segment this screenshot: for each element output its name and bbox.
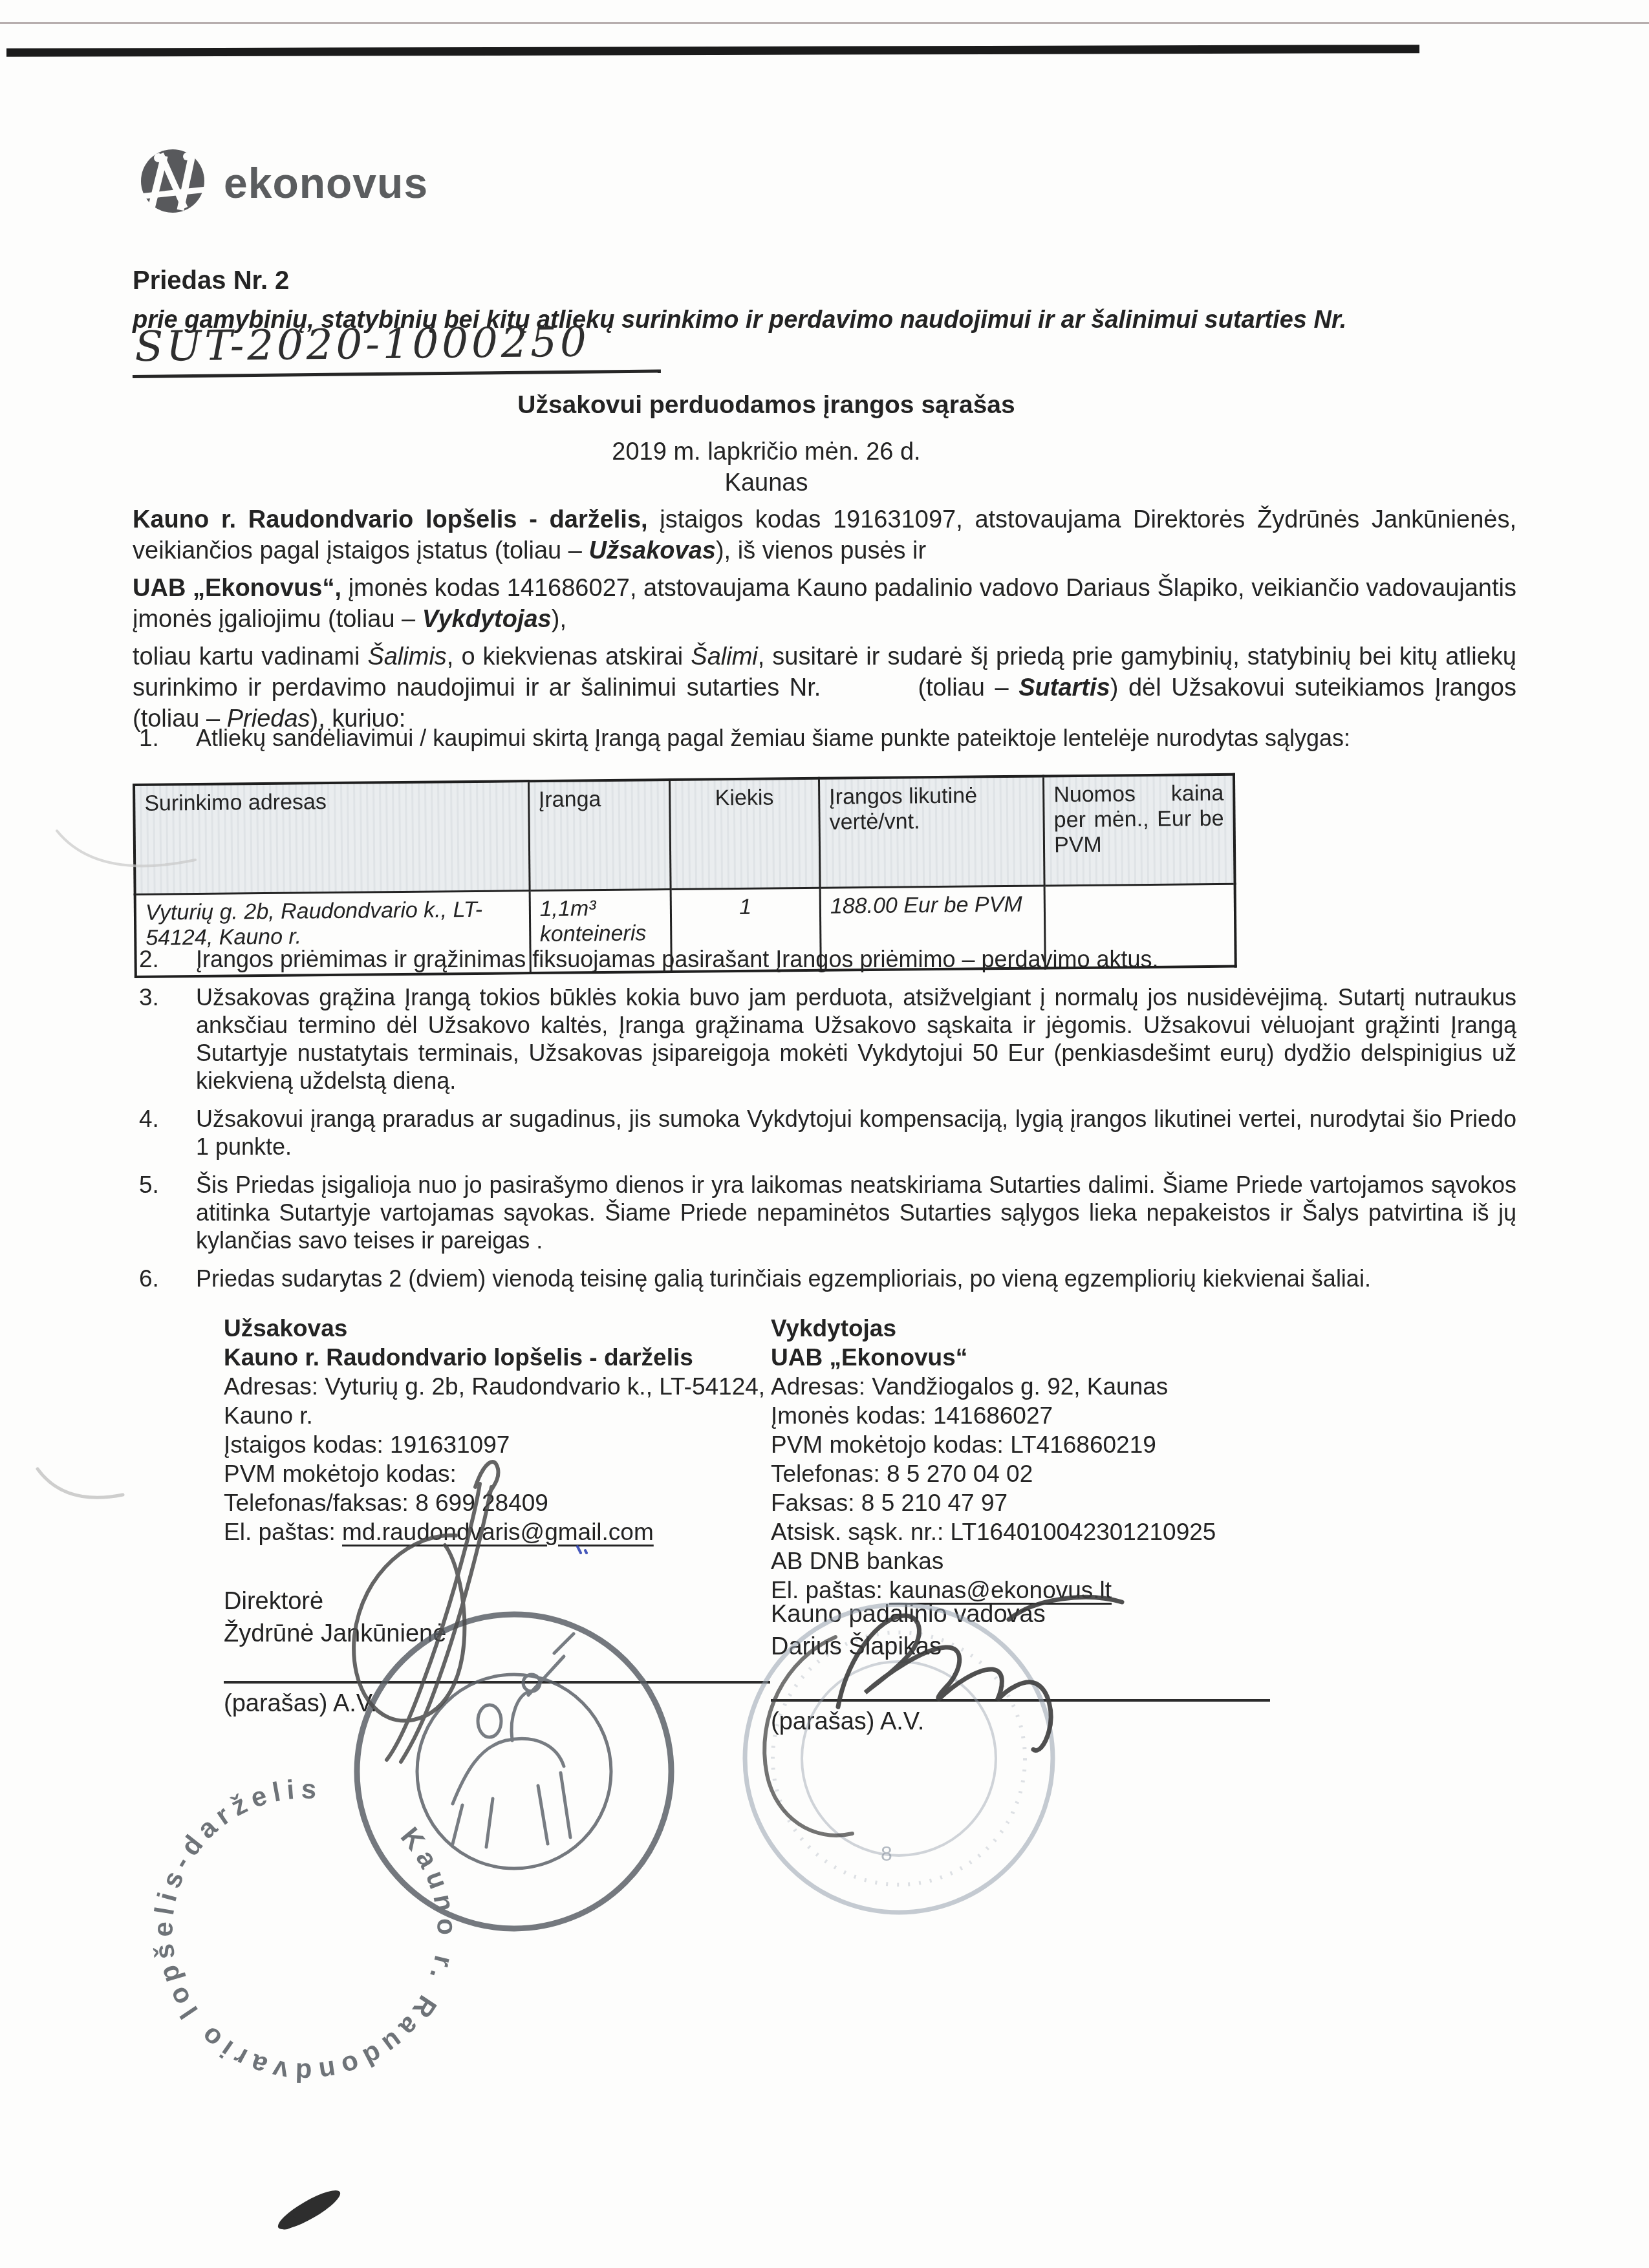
stamp-knight-emblem [453, 1634, 574, 1847]
signer-role: Direktorė [224, 1585, 446, 1618]
blue-pen-mark [577, 1546, 587, 1553]
col-header-nuomos-kaina: Nuomos kaina per mėn., Eur be PVM [1044, 775, 1235, 886]
clause-number: 4. [133, 1105, 196, 1161]
defined-term: Šalimi [691, 643, 757, 670]
signer-role: Kauno padalinio vadovas [771, 1598, 1046, 1631]
defined-term: Užsakovas [589, 537, 716, 564]
signer-name: Darius Šlapikas [771, 1631, 1046, 1663]
party-line: Adresas: Vandžiogalos g. 92, Kaunas [771, 1372, 1356, 1401]
party-line: AB DNB bankas [771, 1546, 1356, 1576]
paragraph-text: toliau kartu vadinami [133, 643, 367, 670]
scan-edge-line [0, 22, 1649, 24]
party-line: Telefonas/faksas: 8 699 28409 [224, 1488, 770, 1517]
col-header-iranga: Įranga [528, 780, 670, 891]
party-line: Telefonas: 8 5 270 04 02 [771, 1459, 1356, 1488]
clause-text: Atliekų sandėliavimui / kaupimui skirtą … [196, 724, 1516, 752]
party-line: Adresas: Vyturių g. 2b, Raudondvario k.,… [224, 1372, 770, 1430]
party-title: Užsakovas [224, 1314, 770, 1343]
signature-caption-left: (parašas) A.V. [224, 1690, 377, 1718]
party-line: Įstaigos kodas: 191631097 [224, 1430, 770, 1459]
paragraph-text: ), iš vienos pusės ir [716, 537, 926, 564]
signature-block-right: Kauno padalinio vadovas Darius Šlapikas [771, 1598, 1046, 1663]
clause-text: Priedas sudarytas 2 (dviem) vienodą teis… [196, 1265, 1516, 1292]
party-org: UAB „Ekonovus“ [771, 1343, 1356, 1372]
intro-paragraph-2: UAB „Ekonovus“, įmonės kodas 141686027, … [133, 573, 1516, 635]
scanned-contract-page: ekonovus Priedas Nr. 2 prie gamybinių, s… [0, 0, 1649, 2268]
clause-list-first: 1. Atliekų sandėliavimui / kaupimui skir… [133, 724, 1516, 762]
col-header-likutine-verte: Įrangos likutinė vertė/vnt. [819, 776, 1044, 888]
company-logo: ekonovus [139, 147, 428, 219]
col-header-surinkimo-adresas: Surinkimo adresas [134, 781, 530, 894]
clause-text: Užsakovui įrangą praradus ar sugadinus, … [196, 1105, 1516, 1161]
stamp-faint-glyph: 8 [881, 1842, 892, 1865]
contract-number-handwritten: SUT-2020-1000250 [132, 317, 661, 378]
defined-term: Šalimis [367, 643, 446, 670]
col-header-kiekis: Kiekis [669, 778, 820, 890]
paragraph-text: ), [552, 606, 566, 633]
doc-city: Kaunas [133, 469, 1400, 497]
paragraph-text: , o kiekvienas atskirai [447, 643, 691, 670]
top-separator-rule [6, 45, 1419, 57]
intro-paragraph-1: Kauno r. Raudondvario lopšelis - darželi… [133, 504, 1516, 566]
clause-number: 3. [133, 983, 196, 1095]
signature-line-left [224, 1681, 770, 1684]
clause-text: Užsakovas grąžina Įrangą tokios būklės k… [196, 983, 1516, 1095]
party-vykdytojas: Vykdytojas UAB „Ekonovus“ Adresas: Vandž… [771, 1314, 1356, 1605]
equipment-size: 1,1m³ [539, 895, 660, 922]
clause-number: 1. [133, 724, 196, 752]
party-line: Faksas: 8 5 210 47 97 [771, 1488, 1356, 1517]
svg-text:Kauno r. Raudondvario lopšelis: Kauno r. Raudondvario lopšelis-darželis [147, 1773, 462, 2088]
signature-block-left: Direktorė Žydrūnė Jankūnienė [224, 1585, 446, 1650]
clause-text: Šis Priedas įsigalioja nuo jo pasirašymo… [196, 1171, 1516, 1254]
party-email-line: El. paštas: md.raudondvaris@gmail.com [224, 1517, 770, 1546]
party-line: PVM mokėtojo kodas: [224, 1459, 770, 1488]
doc-date: 2019 m. lapkričio mėn. 26 d. [133, 438, 1400, 466]
party-title: Vykdytojas [771, 1314, 1356, 1343]
stamp-ring-text: Kauno r. Raudondvario lopšelis-darželis [147, 1773, 462, 2088]
clause-number: 2. [133, 945, 196, 973]
uzsakovas-stamp: Kauno r. Raudondvario lopšelis-darželis [147, 1614, 671, 2088]
doc-title: Užsakovui perduodamos įrangos sąrašas [133, 391, 1400, 420]
appendix-heading: Priedas Nr. 2 [133, 266, 289, 295]
clause-list-rest: 2. Įrangos priėmimas ir grąžinimas fiksu… [133, 945, 1516, 1303]
uzsakovas-org-bold: Kauno r. Raudondvario lopšelis - darželi… [133, 506, 648, 533]
clause-text: Įrangos priėmimas ir grąžinimas fiksuoja… [196, 945, 1516, 973]
signature-caption-right: (parašas) A.V. [771, 1708, 924, 1736]
party-line: PVM mokėtojo kodas: LT416860219 [771, 1430, 1356, 1459]
clause-number: 6. [133, 1265, 196, 1292]
defined-term: Vykdytojas [422, 606, 552, 633]
clause-number: 5. [133, 1171, 196, 1254]
signature-line-right [771, 1699, 1270, 1702]
party-uzsakovas: Užsakovas Kauno r. Raudondvario lopšelis… [224, 1314, 770, 1546]
logo-mark-icon [139, 147, 207, 219]
clause-item-6: 6. Priedas sudarytas 2 (dviem) vienodą t… [133, 1265, 1516, 1292]
clause-item-2: 2. Įrangos priėmimas ir grąžinimas fiksu… [133, 945, 1516, 973]
clause-item-1: 1. Atliekų sandėliavimui / kaupimui skir… [133, 724, 1516, 752]
vykdytojas-org-bold: UAB „Ekonovus“, [133, 575, 341, 602]
clause-item-3: 3. Užsakovas grąžina Įrangą tokios būklė… [133, 983, 1516, 1095]
party-line: Atsisk. sąsk. nr.: LT164010042301210925 [771, 1517, 1356, 1546]
paragraph-text: (toliau – [918, 674, 1018, 701]
party-line: Įmonės kodas: 141686027 [771, 1401, 1356, 1430]
equipment-table-header-row: Surinkimo adresas Įranga Kiekis Įrangos … [134, 775, 1235, 895]
defined-term: Sutartis [1018, 674, 1110, 701]
ink-smudge [274, 2184, 344, 2235]
uzsakovas-email: md.raudondvaris@gmail.com [342, 1519, 654, 1545]
signer-name: Žydrūnė Jankūnienė [224, 1618, 446, 1650]
email-label: El. paštas: [224, 1519, 342, 1545]
logo-wordmark: ekonovus [224, 158, 428, 208]
clause-item-5: 5. Šis Priedas įsigalioja nuo jo pasiraš… [133, 1171, 1516, 1254]
equipment-type: konteineris [540, 921, 661, 947]
party-org: Kauno r. Raudondvario lopšelis - darželi… [224, 1343, 770, 1372]
intro-paragraph-3: toliau kartu vadinami Šalimis, o kiekvie… [133, 641, 1516, 734]
clause-item-4: 4. Užsakovui įrangą praradus ar sugadinu… [133, 1105, 1516, 1161]
